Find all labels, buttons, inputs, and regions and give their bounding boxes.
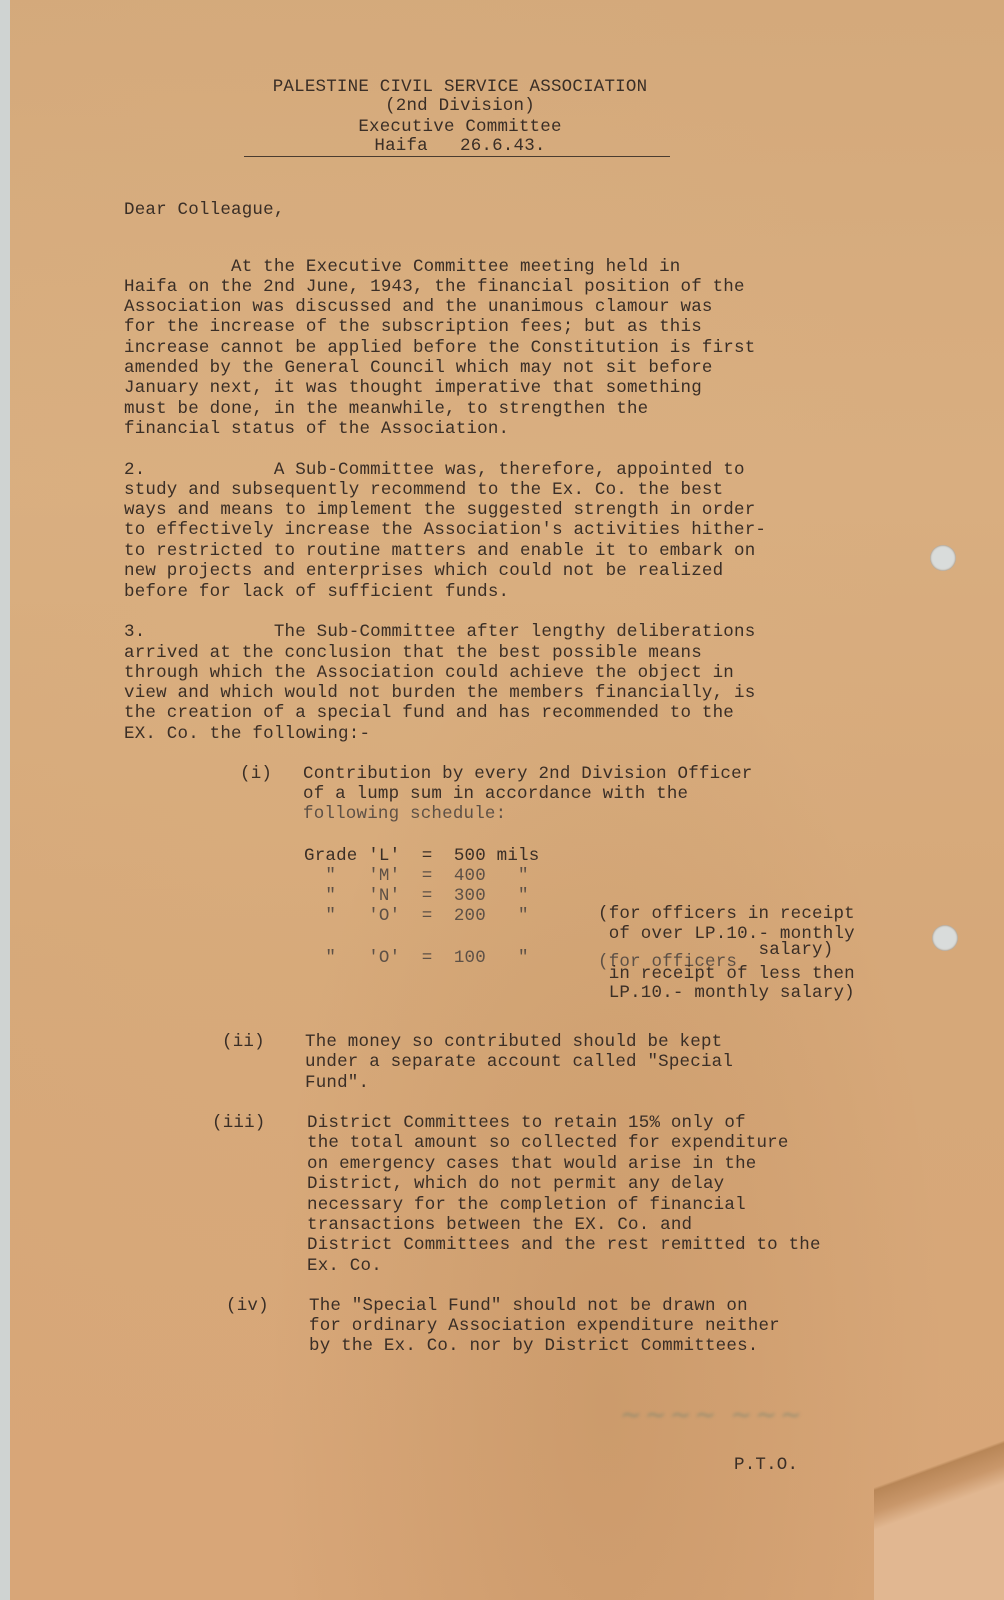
schedule-row: " 'O' = 200 " [304,906,529,927]
text-line: to effectively increase the Association'… [124,520,766,541]
place-date: Haifa 26.6.43. [230,136,690,157]
text-line: by the Ex. Co. nor by District Committee… [309,1336,758,1357]
please-turn-over: P.T.O. [734,1455,798,1476]
punch-hole [932,925,958,951]
text-line: view and which would not burden the memb… [124,683,755,704]
committee-name: Executive Committee [230,117,690,138]
text-line: of a lump sum in accordance with the [303,784,688,805]
text-line: District Committees to retain 15% only o… [307,1113,746,1134]
text-line: for the increase of the subscription fee… [124,317,702,338]
text-line: The money so contributed should be kept [305,1032,722,1053]
punch-hole [930,545,956,571]
organization-name: PALESTINE CIVIL SERVICE ASSOCIATION [230,77,690,98]
header-underline [244,156,670,157]
text-line: The "Special Fund" should not be drawn o… [309,1296,748,1317]
text-line: Association was discussed and the unanim… [124,297,713,318]
text-line: 2. A Sub-Committee was, therefore, appoi… [124,460,745,481]
item-number: (iii) [212,1113,266,1134]
division: (2nd Division) [230,96,690,117]
note-line: LP.10.- monthly salary) [598,983,855,1004]
text-line: Contribution by every 2nd Division Offic… [303,764,752,785]
text-line: necessary for the completion of financia… [307,1195,746,1216]
text-line: 3. The Sub-Committee after lengthy delib… [124,622,755,643]
text-line: for ordinary Association expenditure nei… [309,1316,780,1337]
text-line: Ex. Co. [307,1256,382,1277]
note-line: (for officers in receipt [598,904,855,925]
text-line: must be done, in the meanwhile, to stren… [124,399,648,420]
text-line: before for lack of sufficient funds. [124,582,509,603]
text-line: the creation of a special fund and has r… [124,703,734,724]
text-line: January next, it was thought imperative … [124,378,702,399]
text-line: Fund". [305,1073,369,1094]
text-line: on emergency cases that would arise in t… [307,1154,756,1175]
faded-stamp: ~~~~ ~~~ [620,1400,805,1430]
text-line: new projects and enterprises which could… [124,561,723,582]
schedule-row: " 'O' = 100 " [304,948,529,969]
text-line: following schedule: [303,804,506,825]
text-line: At the Executive Committee meeting held … [124,257,681,278]
text-line: Haifa on the 2nd June, 1943, the financi… [124,277,745,298]
text-line: arrived at the conclusion that the best … [124,643,702,664]
salutation: Dear Colleague, [124,200,285,221]
text-line: under a separate account called "Special [305,1052,733,1073]
schedule-row: " 'N' = 300 " [304,886,529,907]
schedule-row: " 'M' = 400 " [304,866,529,887]
item-number: (i) [240,764,272,785]
text-line: District Committees and the rest remitte… [307,1235,821,1256]
item-number: (iv) [226,1296,269,1317]
text-line: transactions between the EX. Co. and [307,1215,692,1236]
text-line: study and subsequently recommend to the … [124,480,723,501]
folded-corner [874,1340,1004,1600]
text-line: financial status of the Association. [124,419,509,440]
text-line: EX. Co. the following:- [124,724,370,745]
text-line: the total amount so collected for expend… [307,1133,789,1154]
text-line: amended by the General Council which may… [124,358,713,379]
schedule-row: Grade 'L' = 500 mils [304,846,539,867]
text-line: ways and means to implement the suggeste… [124,500,755,521]
text-line: District, which do not permit any delay [307,1174,724,1195]
note-line: in receipt of less then [598,964,855,985]
text-line: increase cannot be applied before the Co… [124,338,755,359]
item-number: (ii) [222,1032,265,1053]
text-line: to restricted to routine matters and ena… [124,541,755,562]
text-line: through which the Association could achi… [124,663,734,684]
